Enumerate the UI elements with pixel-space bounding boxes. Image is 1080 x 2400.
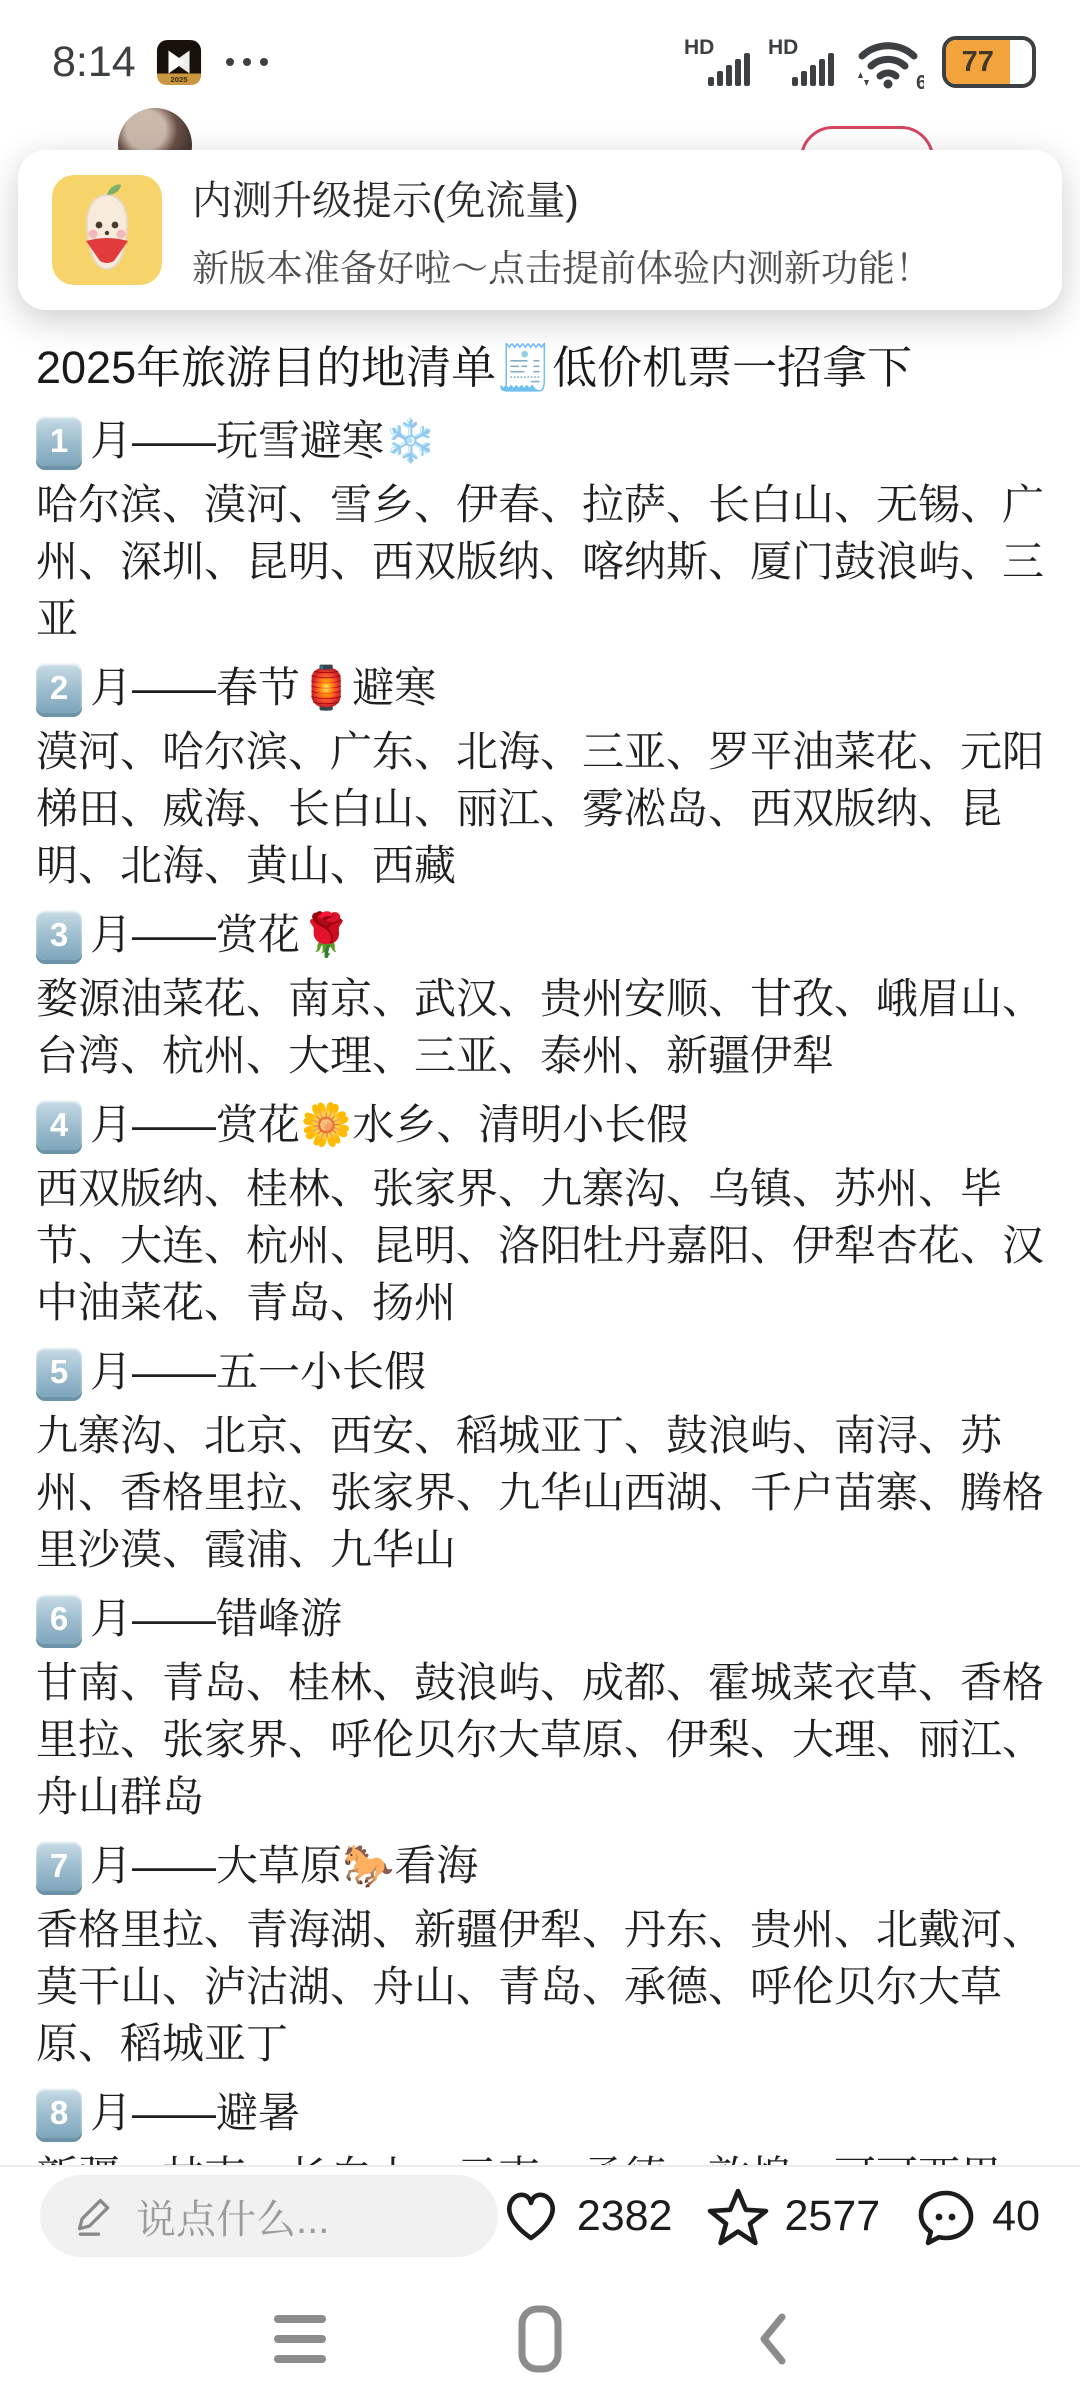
battery-percent: 77 xyxy=(946,40,1010,84)
signal-hd-icon-2: HD xyxy=(768,36,834,88)
notification-banner[interactable]: 内测升级提示(免流量) 新版本准备好啦～点击提前体验内测新功能！ xyxy=(18,150,1062,310)
favorite-button[interactable]: 2577 xyxy=(706,2184,880,2248)
section-heading-text: 月——大草原🐎看海 xyxy=(90,1835,478,1897)
keycap-3-icon: 3 xyxy=(36,910,82,960)
svg-text:2025: 2025 xyxy=(170,75,188,84)
like-count: 2382 xyxy=(577,2192,673,2241)
month-section-2: 2 月——春节🏮避寒 漠河、哈尔滨、广东、北海、三亚、罗平油菜花、元阳梯田、威海… xyxy=(36,657,1044,894)
battery-icon: 77 xyxy=(942,36,1036,88)
month-section-7: 7 月——大草原🐎看海 香格里拉、青海湖、新疆伊犁、丹东、贵州、北戴河、莫干山、… xyxy=(36,1835,1044,2072)
destination-list: 甘南、青岛、桂林、鼓浪屿、成都、霍城菜衣草、香格里拉、张家界、呼伦贝尔大草原、伊… xyxy=(36,1654,1044,1825)
comment-count: 40 xyxy=(992,2192,1040,2241)
month-section-6: 6 月——错峰游 甘南、青岛、桂林、鼓浪屿、成都、霍城菜衣草、香格里拉、张家界、… xyxy=(36,1588,1044,1825)
section-heading-text: 月——五一小长假 xyxy=(90,1341,426,1403)
section-heading: 1 月——玩雪避寒❄️ xyxy=(36,410,1044,472)
bottom-action-bar: 说点什么... 2382 2577 40 xyxy=(0,2165,1080,2265)
month-section-3: 3 月——赏花🌹 婺源油菜花、南京、武汉、贵州安顺、甘孜、峨眉山、台湾、杭州、大… xyxy=(36,904,1044,1084)
keycap-7-icon: 7 xyxy=(36,1841,82,1891)
wifi-icon: 6 xyxy=(852,34,924,90)
destination-list: 香格里拉、青海湖、新疆伊犁、丹东、贵州、北戴河、莫干山、泸沽湖、舟山、青岛、承德… xyxy=(36,1901,1044,2072)
destination-list: 西双版纳、桂林、张家界、九寨沟、乌镇、苏州、毕节、大连、杭州、昆明、洛阳牡丹嘉阳… xyxy=(36,1160,1044,1331)
destination-list: 哈尔滨、漠河、雪乡、伊春、拉萨、长白山、无锡、广州、深圳、昆明、西双版纳、喀纳斯… xyxy=(36,476,1044,647)
heart-icon xyxy=(499,2184,563,2248)
section-heading: 6 月——错峰游 xyxy=(36,1588,1044,1650)
status-bar: 8:14 2025 HD HD xyxy=(0,0,1080,110)
post-content: 2025年旅游目的地清单🧾低价机票一招拿下 1 月——玩雪避寒❄️ 哈尔滨、漠河… xyxy=(36,336,1044,2391)
phone-screen: 8:14 2025 HD HD xyxy=(0,0,1080,2400)
destination-list: 婺源油菜花、南京、武汉、贵州安顺、甘孜、峨眉山、台湾、杭州、大理、三亚、泰州、新… xyxy=(36,970,1044,1084)
section-heading: 2 月——春节🏮避寒 xyxy=(36,657,1044,719)
back-icon[interactable] xyxy=(736,2303,808,2375)
favorite-count: 2577 xyxy=(784,2192,880,2241)
keycap-6-icon: 6 xyxy=(36,1594,82,1644)
section-heading-text: 月——避暑 xyxy=(90,2082,300,2144)
section-heading: 7 月——大草原🐎看海 xyxy=(36,1835,1044,1897)
notification-body: 新版本准备好啦～点击提前体验内测新功能！ xyxy=(192,238,932,292)
comment-button[interactable]: 40 xyxy=(914,2184,1040,2248)
section-heading-text: 月——赏花🌼水乡、清明小长假 xyxy=(90,1094,688,1156)
more-notifications-icon xyxy=(226,58,268,66)
like-button[interactable]: 2382 xyxy=(499,2184,673,2248)
section-heading-text: 月——赏花🌹 xyxy=(90,904,352,966)
system-nav-bar xyxy=(0,2265,1080,2400)
section-heading: 5 月——五一小长假 xyxy=(36,1341,1044,1403)
svg-text:6: 6 xyxy=(916,72,924,90)
signal-hd-icon-1: HD xyxy=(684,36,750,88)
month-section-1: 1 月——玩雪避寒❄️ 哈尔滨、漠河、雪乡、伊春、拉萨、长白山、无锡、广州、深圳… xyxy=(36,410,1044,647)
star-icon xyxy=(706,2184,770,2248)
home-icon[interactable] xyxy=(504,2303,576,2375)
destination-list: 漠河、哈尔滨、广东、北海、三亚、罗平油菜花、元阳梯田、威海、长白山、丽江、雾凇岛… xyxy=(36,723,1044,894)
comment-bubble-icon xyxy=(914,2184,978,2248)
month-section-4: 4 月——赏花🌼水乡、清明小长假 西双版纳、桂林、张家界、九寨沟、乌镇、苏州、毕… xyxy=(36,1094,1044,1331)
destination-list: 九寨沟、北京、西安、稻城亚丁、鼓浪屿、南浔、苏州、香格里拉、张家界、九华山西湖、… xyxy=(36,1407,1044,1578)
menu-icon[interactable] xyxy=(264,2303,336,2375)
comment-placeholder: 说点什么... xyxy=(136,2188,329,2245)
clock: 8:14 xyxy=(52,38,136,87)
keycap-1-icon: 1 xyxy=(36,416,82,466)
pencil-icon xyxy=(74,2194,114,2238)
section-heading: 8 月——避暑 xyxy=(36,2082,1044,2144)
notification-title: 内测升级提示(免流量) xyxy=(192,169,932,226)
keycap-4-icon: 4 xyxy=(36,1100,82,1150)
section-heading-text: 月——春节🏮避寒 xyxy=(90,657,436,719)
section-heading: 3 月——赏花🌹 xyxy=(36,904,1044,966)
keycap-5-icon: 5 xyxy=(36,1347,82,1397)
section-heading-text: 月——玩雪避寒❄️ xyxy=(90,410,436,472)
section-heading-text: 月——错峰游 xyxy=(90,1588,342,1650)
keycap-2-icon: 2 xyxy=(36,663,82,713)
mascot-app-icon xyxy=(52,175,162,285)
comment-input[interactable]: 说点什么... xyxy=(40,2175,498,2257)
post-title: 2025年旅游目的地清单🧾低价机票一招拿下 xyxy=(36,336,1044,400)
month-section-5: 5 月——五一小长假 九寨沟、北京、西安、稻城亚丁、鼓浪屿、南浔、苏州、香格里拉… xyxy=(36,1341,1044,1578)
capcut-notification-icon: 2025 xyxy=(156,39,202,85)
section-heading: 4 月——赏花🌼水乡、清明小长假 xyxy=(36,1094,1044,1156)
keycap-8-icon: 8 xyxy=(36,2088,82,2138)
